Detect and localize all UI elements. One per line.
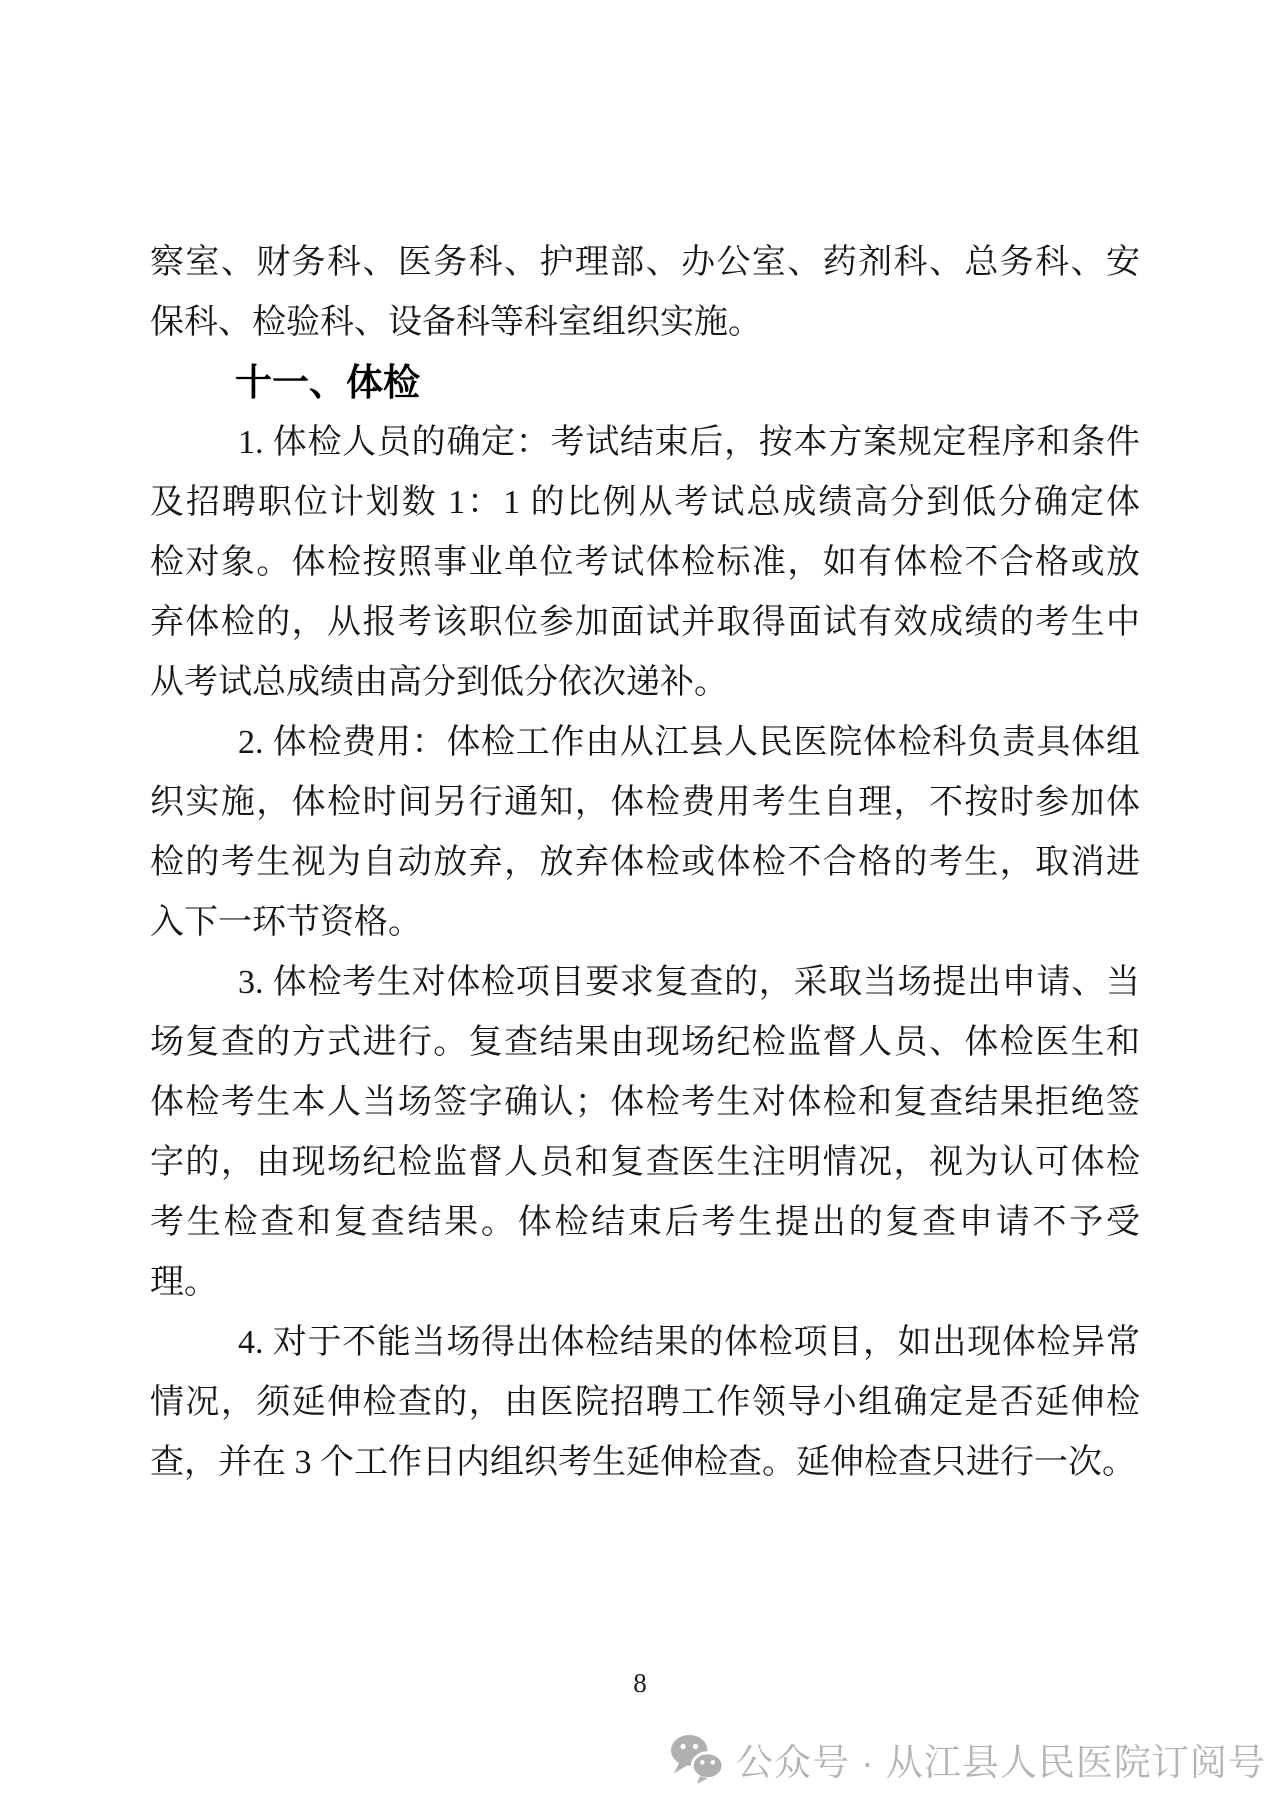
text-line: 理。 [150, 1253, 1140, 1313]
text-line: 情况，须延伸检查的，由医院招聘工作领导小组确定是否延伸检 [150, 1373, 1140, 1433]
text-line: 检的考生视为自动放弃，放弃体检或体检不合格的考生，取消进 [150, 833, 1140, 893]
text-line: 2. 体检费用：体检工作由从江县人民医院体检科负责具体组 [150, 713, 1140, 773]
text-line: 及招聘职位计划数 1：1 的比例从考试总成绩高分到低分确定体 [150, 473, 1140, 533]
text-line: 织实施，体检时间另行通知，体检费用考生自理，不按时参加体 [150, 773, 1140, 833]
section-heading: 十一、体检 [150, 353, 1140, 413]
text-line: 入下一环节资格。 [150, 893, 1140, 953]
wechat-account-footer: 公众号 · 从江县人民医院订阅号 [668, 1732, 1266, 1786]
text-line: 场复查的方式进行。复查结果由现场纪检监督人员、体检医生和 [150, 1013, 1140, 1073]
text-line: 查，并在 3 个工作日内组织考生延伸检查。延伸检查只进行一次。 [150, 1433, 1140, 1493]
document-body: 察室、财务科、医务科、护理部、办公室、药剂科、总务科、安 保科、检验科、设备科等… [150, 233, 1140, 1493]
text-line: 从考试总成绩由高分到低分依次递补。 [150, 653, 1140, 713]
text-line: 考生检查和复查结果。体检结束后考生提出的复查申请不予受 [150, 1193, 1140, 1253]
wechat-icon [668, 1734, 726, 1784]
text-line: 体检考生本人当场签字确认；体检考生对体检和复查结果拒绝签 [150, 1073, 1140, 1133]
text-line: 保科、检验科、设备科等科室组织实施。 [150, 293, 1140, 353]
text-line: 检对象。体检按照事业单位考试体检标准，如有体检不合格或放 [150, 533, 1140, 593]
text-line: 4. 对于不能当场得出体检结果的体检项目，如出现体检异常 [150, 1313, 1140, 1373]
document-page: 察室、财务科、医务科、护理部、办公室、药剂科、总务科、安 保科、检验科、设备科等… [0, 0, 1280, 1810]
text-line: 弃体检的，从报考该职位参加面试并取得面试有效成绩的考生中 [150, 593, 1140, 653]
page-number: 8 [0, 1668, 1280, 1699]
text-line: 字的，由现场纪检监督人员和复查医生注明情况，视为认可体检 [150, 1133, 1140, 1193]
text-line: 1. 体检人员的确定：考试结束后，按本方案规定程序和条件 [150, 413, 1140, 473]
text-line: 3. 体检考生对体检项目要求复查的，采取当场提出申请、当 [150, 953, 1140, 1013]
text-line: 察室、财务科、医务科、护理部、办公室、药剂科、总务科、安 [150, 233, 1140, 293]
wechat-account-label: 公众号 · 从江县人民医院订阅号 [736, 1732, 1266, 1786]
